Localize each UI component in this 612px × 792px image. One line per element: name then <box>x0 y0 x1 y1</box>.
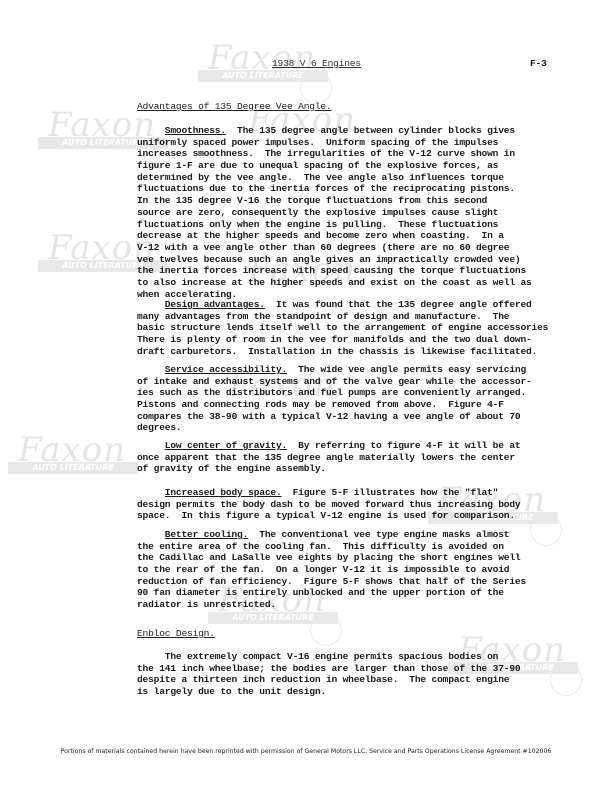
paragraph-title: Better cooling. <box>165 529 248 540</box>
paragraph-line: Increased body space. Figure 5-F illustr… <box>137 487 520 499</box>
license-footer: Portions of materials contained herein h… <box>0 748 612 755</box>
paragraph-line: There is plenty of room in the vee for m… <box>137 334 548 346</box>
paragraph-line: the entire area of the cooling fan. This… <box>137 541 526 553</box>
paragraph-line: In the 135 degree V-16 the torque fluctu… <box>137 195 532 207</box>
paragraph-line: fluctuations due to the inertia forces o… <box>137 183 532 195</box>
paragraph-line: determined by the vee angle. The vee ang… <box>137 172 532 184</box>
paragraph-line: Pistons and connecting rods may be remov… <box>137 399 532 411</box>
paragraph-line: ies such as the distributors and fuel pu… <box>137 387 532 399</box>
paragraph-line: uniformly spaced power impulses. Uniform… <box>137 137 532 149</box>
paragraph-line: source are zero, consequently the explos… <box>137 207 532 219</box>
paragraph-line: Design advantages. It was found that the… <box>137 299 548 311</box>
watermark-seal-icon <box>530 514 562 546</box>
paragraph-design-advantages: Design advantages. It was found that the… <box>137 299 548 357</box>
paragraph-title: Low center of gravity. <box>165 440 287 451</box>
paragraph-low-center-of-gravity: Low center of gravity. By referring to f… <box>137 440 520 475</box>
watermark-band: AUTO LITERATURE <box>198 70 328 82</box>
paragraph-line: 90 fan diameter is entirely unblocked an… <box>137 587 526 599</box>
watermark-script: Faxon <box>18 430 126 470</box>
paragraph-line: space. In this figure a typical V-12 eng… <box>137 510 520 522</box>
watermark-band: AUTO LITERATURE <box>208 612 338 624</box>
watermark-seal-icon <box>300 72 332 104</box>
section-heading: Enbloc Design. <box>137 628 215 640</box>
paragraph-line: Better cooling. The conventional vee typ… <box>137 529 526 541</box>
paragraph-line: compares the 38-90 with a typical V-12 h… <box>137 411 532 423</box>
paragraph-title: Smoothness. <box>165 125 226 136</box>
paragraph-line: radiator is unrestricted. <box>137 599 526 611</box>
watermark-seal-icon <box>550 664 582 696</box>
paragraph-line: is largely due to the unit design. <box>137 686 520 698</box>
paragraph-line: Smoothness. The 135 degree angle between… <box>137 125 532 137</box>
paragraph-title: Design advantages. <box>165 299 265 310</box>
page-number: F-3 <box>530 58 547 70</box>
paragraph-line: the 141 inch wheelbase; the bodies are l… <box>137 663 520 675</box>
paragraph-line: draft carburetors. Installation in the c… <box>137 346 548 358</box>
paragraph-line: vee twelves because such an angle gives … <box>137 254 532 266</box>
paragraph-line: to the rear of the fan. On a longer V-12… <box>137 564 526 576</box>
paragraph-enbloc-design: The extremely compact V-16 engine permit… <box>137 651 520 698</box>
paragraph-line: Service accessibility. The wide vee angl… <box>137 364 532 376</box>
watermark-band: AUTO LITERATURE <box>8 462 138 474</box>
paragraph-line: basic structure lends itself well to the… <box>137 322 548 334</box>
paragraph-line: the Cadillac and LaSalle vee eights by p… <box>137 552 526 564</box>
paragraph-line: once apparent that the 135 degree angle … <box>137 452 520 464</box>
paragraph-line: of intake and exhaust systems and of the… <box>137 376 532 388</box>
paragraph-line: design permits the body dash to be moved… <box>137 499 520 511</box>
paragraph-line: decrease at the higher speeds and become… <box>137 230 532 242</box>
paragraph-line: increases smoothness. The irregularities… <box>137 148 532 160</box>
document-page: Faxon AUTO LITERATURE Faxon AUTO LITERAT… <box>0 0 612 792</box>
paragraph-line: fluctuations only when the engine is pul… <box>137 219 532 231</box>
paragraph-line: many advantages from the standpoint of d… <box>137 311 548 323</box>
watermark-seal-icon <box>310 614 342 646</box>
paragraph-line: of gravity of the engine assembly. <box>137 463 520 475</box>
page-header-title: 1938 V 6 Engines <box>272 58 361 70</box>
watermark-logo: Faxon AUTO LITERATURE <box>0 430 150 490</box>
paragraph-line: reduction of fan efficiency. Figure 5-F … <box>137 576 526 588</box>
paragraph-title: Increased body space. <box>165 487 282 498</box>
paragraph-line: despite a thirteen inch reduction in whe… <box>137 674 520 686</box>
paragraph-increased-body-space: Increased body space. Figure 5-F illustr… <box>137 487 520 522</box>
paragraph-service-accessibility: Service accessibility. The wide vee angl… <box>137 364 532 434</box>
paragraph-line: Low center of gravity. By referring to f… <box>137 440 520 452</box>
paragraph-line: degrees. <box>137 422 532 434</box>
paragraph-better-cooling: Better cooling. The conventional vee typ… <box>137 529 526 611</box>
paragraph-line: V-12 with a vee angle other than 60 degr… <box>137 242 532 254</box>
paragraph-line: the inertia forces increase with speed c… <box>137 265 532 277</box>
paragraph-line: to also increase at the higher speeds an… <box>137 277 532 289</box>
paragraph-title: Service accessibility. <box>165 364 287 375</box>
paragraph-line: The extremely compact V-16 engine permit… <box>137 651 520 663</box>
paragraph-line: figure 1-F are due to unequal spacing of… <box>137 160 532 172</box>
paragraph-smoothness: Smoothness. The 135 degree angle between… <box>137 125 532 300</box>
section-heading: Advantages of 135 Degree Vee Angle. <box>137 101 332 113</box>
